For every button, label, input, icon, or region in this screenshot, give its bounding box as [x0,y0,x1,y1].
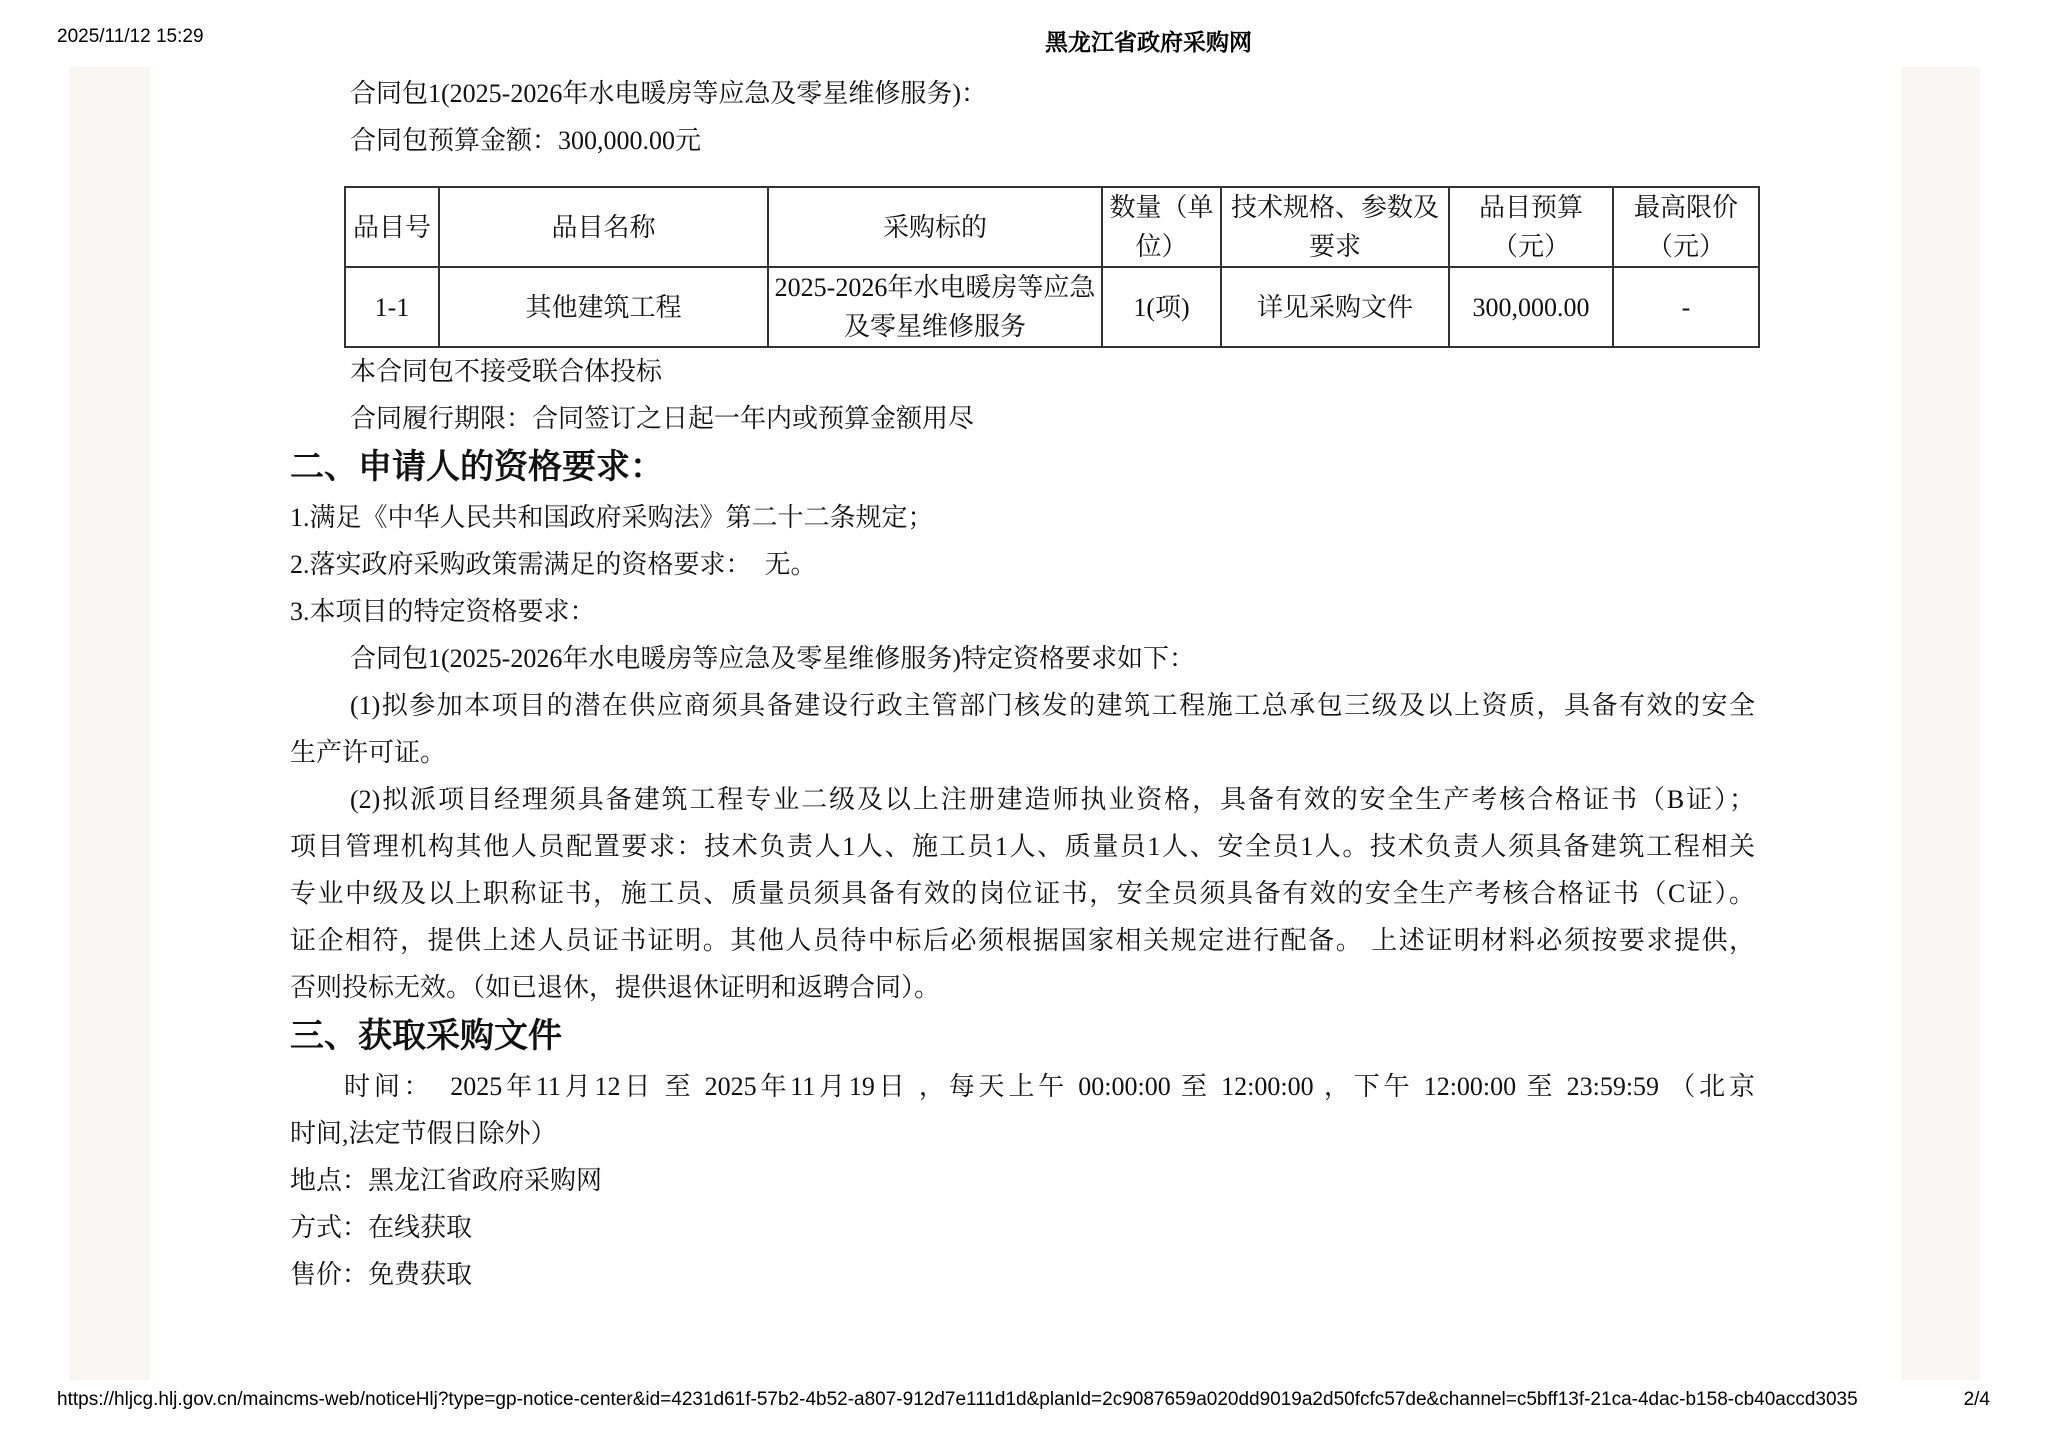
col-header-item-name: 品目名称 [439,187,768,267]
table-header-row: 品目号 品目名称 采购标的 数量（单 位） 技术规格、参数及 要求 品目预算 （… [345,187,1759,267]
requirement-2-line: 项目管理机构其他人员配置要求：技术负责人1人、施工员1人、质量员1人、安全员1人… [290,823,1755,870]
cell-specs: 详见采购文件 [1221,267,1449,347]
note-no-consortium: 本合同包不接受联合体投标 [290,348,1755,395]
cell-item-no: 1-1 [345,267,439,347]
notice-body: 合同包1(2025-2026年水电暖房等应急及零星维修服务)： 合同包预算金额：… [290,70,1755,1298]
print-footer: https://hljcg.hlj.gov.cn/maincms-web/not… [57,1389,1990,1411]
package-budget-line: 合同包预算金额：300,000.00元 [290,117,1755,164]
document-time-line: 时间： 2025年11月12日 至 2025年11月19日 ，每天上午 00:0… [290,1063,1755,1110]
requirement-2-line: (2)拟派项目经理须具备建筑工程专业二级及以上注册建造师执业资格，具备有效的安全… [290,776,1755,823]
print-timestamp: 2025/11/12 15:29 [57,26,204,48]
requirement-2-line: 否则投标无效。（如已退休，提供退休证明和返聘合同）。 [290,964,1755,1011]
col-header-specs: 技术规格、参数及 要求 [1221,187,1449,267]
printed-page: 2025/11/12 15:29 黑龙江省政府采购网 合同包1(2025-202… [0,0,2048,1447]
note-performance-period: 合同履行期限：合同签订之日起一年内或预算金额用尽 [290,395,1755,442]
requirement-2-line: 证企相符，提供上述人员证书证明。其他人员待中标后必须根据国家相关规定进行配备。 … [290,917,1755,964]
requirement-1-line: 生产许可证。 [290,729,1755,776]
col-header-item-no: 品目号 [345,187,439,267]
requirement-1-line: (1)拟参加本项目的潜在供应商须具备建设行政主管部门核发的建筑工程施工总承包三级… [290,682,1755,729]
document-price: 售价：免费获取 [290,1251,1755,1298]
page-number-indicator: 2/4 [1964,1389,1990,1411]
package-title-line: 合同包1(2025-2026年水电暖房等应急及零星维修服务)： [290,70,1755,117]
col-header-quantity: 数量（单 位） [1102,187,1221,267]
cell-item-name: 其他建筑工程 [439,267,768,347]
page-background-strip-left [69,67,150,1380]
col-header-price-limit: 最高限价 （元） [1613,187,1759,267]
cell-budget: 300,000.00 [1449,267,1613,347]
document-method: 方式：在线获取 [290,1204,1755,1251]
site-title: 黑龙江省政府采购网 [1045,24,1252,57]
print-footer-url: https://hljcg.hlj.gov.cn/maincms-web/not… [57,1389,1858,1411]
section-2-heading: 二、申请人的资格要求： [290,442,1755,494]
cell-price-limit: - [1613,267,1759,347]
section-3-heading: 三、获取采购文件 [290,1011,1755,1063]
col-header-budget: 品目预算 （元） [1449,187,1613,267]
qualification-item-1: 1.满足《中华人民共和国政府采购法》第二十二条规定； [290,494,1755,541]
document-time-line: 时间,法定节假日除外） [290,1110,1755,1157]
cell-procurement: 2025-2026年水电暖房等应急 及零星维修服务 [768,267,1102,347]
document-location: 地点：黑龙江省政府采购网 [290,1157,1755,1204]
package-requirements-intro: 合同包1(2025-2026年水电暖房等应急及零星维修服务)特定资格要求如下： [290,635,1755,682]
col-header-procurement: 采购标的 [768,187,1102,267]
qualification-item-2: 2.落实政府采购政策需满足的资格要求： 无。 [290,541,1755,588]
qualification-item-3: 3.本项目的特定资格要求： [290,588,1755,635]
cell-quantity: 1(项) [1102,267,1221,347]
items-table: 品目号 品目名称 采购标的 数量（单 位） 技术规格、参数及 要求 品目预算 （… [344,186,1760,348]
page-background-strip-right [1901,67,1980,1380]
table-row: 1-1 其他建筑工程 2025-2026年水电暖房等应急 及零星维修服务 1(项… [345,267,1759,347]
requirement-2-line: 专业中级及以上职称证书，施工员、质量员须具备有效的岗位证书，安全员须具备有效的安… [290,870,1755,917]
